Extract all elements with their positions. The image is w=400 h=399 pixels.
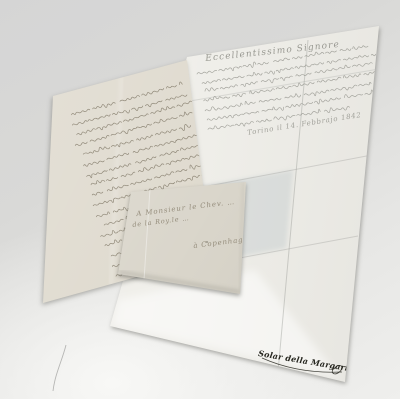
photo-of-letters: Eccellentissimo Signore Torino il 14. Fe… <box>0 0 400 399</box>
dust-fiber <box>0 0 400 399</box>
